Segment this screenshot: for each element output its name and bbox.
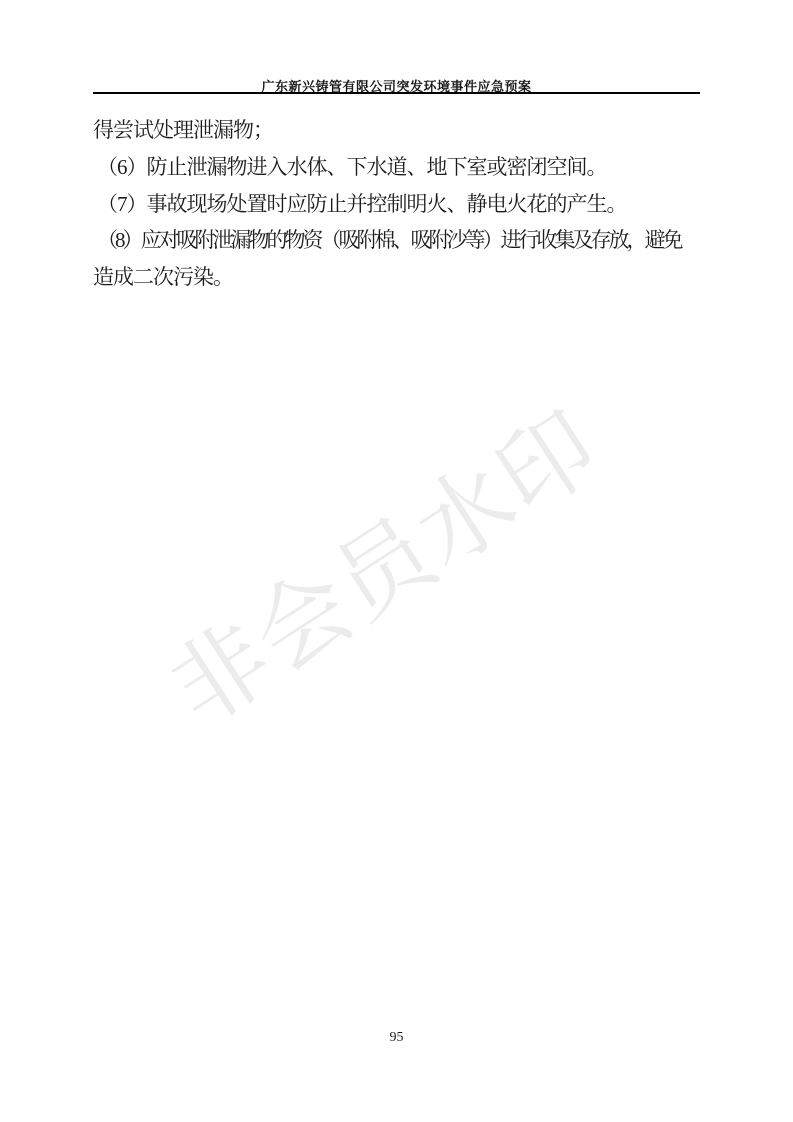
text-line-item-8: （8）应对吸附泄漏物的物资（吸附棉、吸附沙等）进行收集及存放，避免 <box>93 222 705 259</box>
document-page: 非会员水印 广东新兴铸管有限公司突发环境事件应急预案 得尝试处理泄漏物； （6）… <box>0 0 793 1122</box>
text-line-item-6: （6）防止泄漏物进入水体、下水道、地下室或密闭空间。 <box>93 149 705 186</box>
body-text: 得尝试处理泄漏物； （6）防止泄漏物进入水体、下水道、地下室或密闭空间。 （7）… <box>93 112 705 296</box>
watermark-text: 非会员水印 <box>141 373 622 751</box>
text-line-continuation: 得尝试处理泄漏物； <box>93 112 705 149</box>
text-line-item-8-wrap: 造成二次污染。 <box>93 259 705 296</box>
text-line-item-7: （7）事故现场处置时应防止并控制明火、静电火花的产生。 <box>93 186 705 223</box>
header-rule <box>93 92 700 94</box>
page-number: 95 <box>0 1030 793 1046</box>
